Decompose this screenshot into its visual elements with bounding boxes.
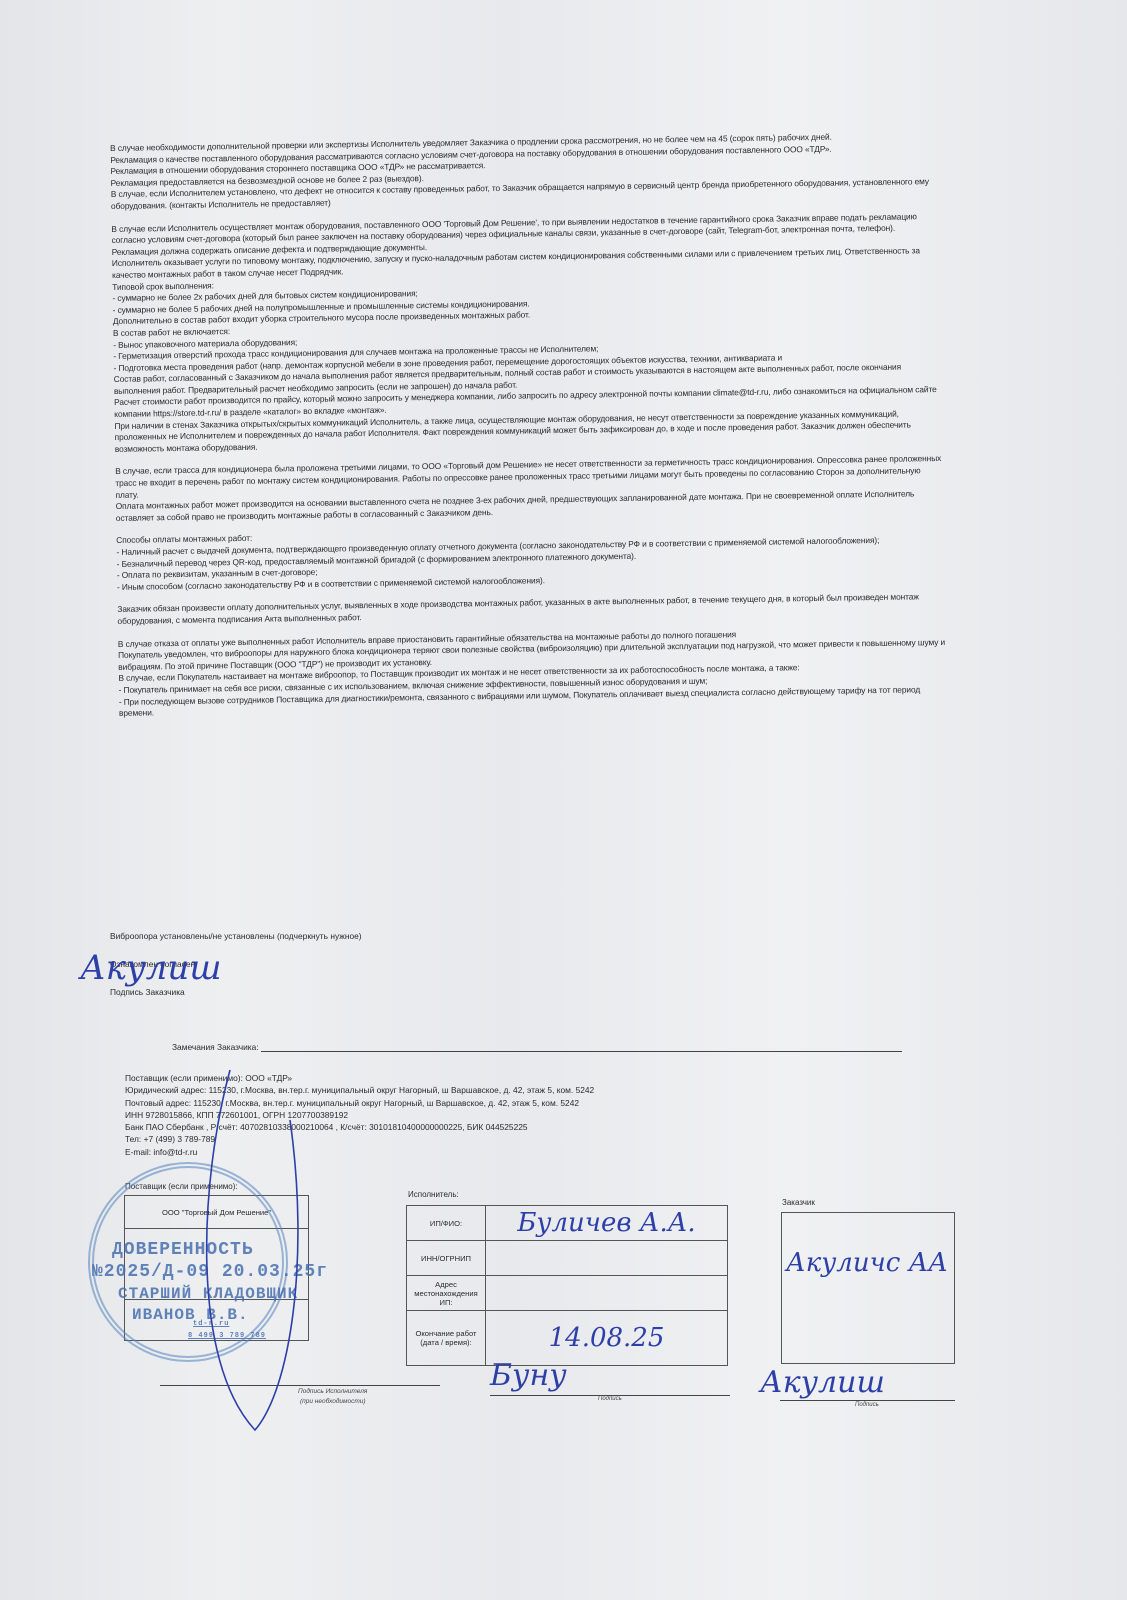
- customer-box-label: Заказчик: [782, 1198, 815, 1207]
- executor-row: ИНН/ОГРНИП: [407, 1241, 728, 1276]
- executor-row-label: ИНН/ОГРНИП: [407, 1241, 486, 1276]
- customer-box-signature: Акулиш: [760, 1365, 885, 1400]
- customer-signature-caption: Подпись Заказчика: [110, 986, 930, 998]
- executor-row-label: Окончание работ (дата / время):: [407, 1311, 486, 1366]
- executor-box-label: Исполнитель:: [408, 1190, 459, 1199]
- acknowledgement-block: Виброопора установлены/не установлены (п…: [110, 930, 930, 998]
- executor-sign-caption: Подпись: [598, 1396, 622, 1402]
- executor-row-label: Адрес местонахождения ИП:: [407, 1276, 486, 1311]
- handwritten-value: Буличев А.А.: [517, 1208, 695, 1238]
- executor-row-value[interactable]: Буличев А.А.: [486, 1206, 728, 1241]
- handwritten-value: 14.08.25: [549, 1323, 665, 1353]
- terms-body: В случае необходимости дополнительной пр…: [110, 130, 949, 720]
- remarks-label: Замечания Заказчика:: [172, 1042, 259, 1052]
- executor-row: ИП/ФИО:Буличев А.А.: [407, 1206, 728, 1241]
- vibro-mount-line: Виброопора установлены/не установлены (п…: [110, 930, 930, 942]
- document-page: В случае необходимости дополнительной пр…: [0, 0, 1127, 1600]
- executor-row-value[interactable]: [486, 1276, 728, 1311]
- executor-row-label: ИП/ФИО:: [407, 1206, 486, 1241]
- customer-name-handwritten: Акуличс АА: [786, 1248, 948, 1278]
- agree-line: Ознакомлен согласен: [110, 958, 930, 970]
- customer-sign-line: [780, 1400, 955, 1401]
- customer-box: [781, 1212, 955, 1364]
- customer-signature: Акулиш: [80, 948, 222, 988]
- executor-row: Адрес местонахождения ИП:: [407, 1276, 728, 1311]
- executor-row: Окончание работ (дата / время):14.08.25: [407, 1311, 728, 1366]
- remarks-field[interactable]: [261, 1042, 902, 1052]
- customer-sign-caption: Подпись: [855, 1402, 879, 1408]
- executor-row-value[interactable]: [486, 1241, 728, 1276]
- signature-loop: [200, 1060, 310, 1440]
- customer-remarks: Замечания Заказчика:: [172, 1042, 902, 1052]
- executor-box: ИП/ФИО:Буличев А.А.ИНН/ОГРНИПАдрес место…: [406, 1205, 728, 1366]
- executor-signature: Буну: [490, 1358, 567, 1393]
